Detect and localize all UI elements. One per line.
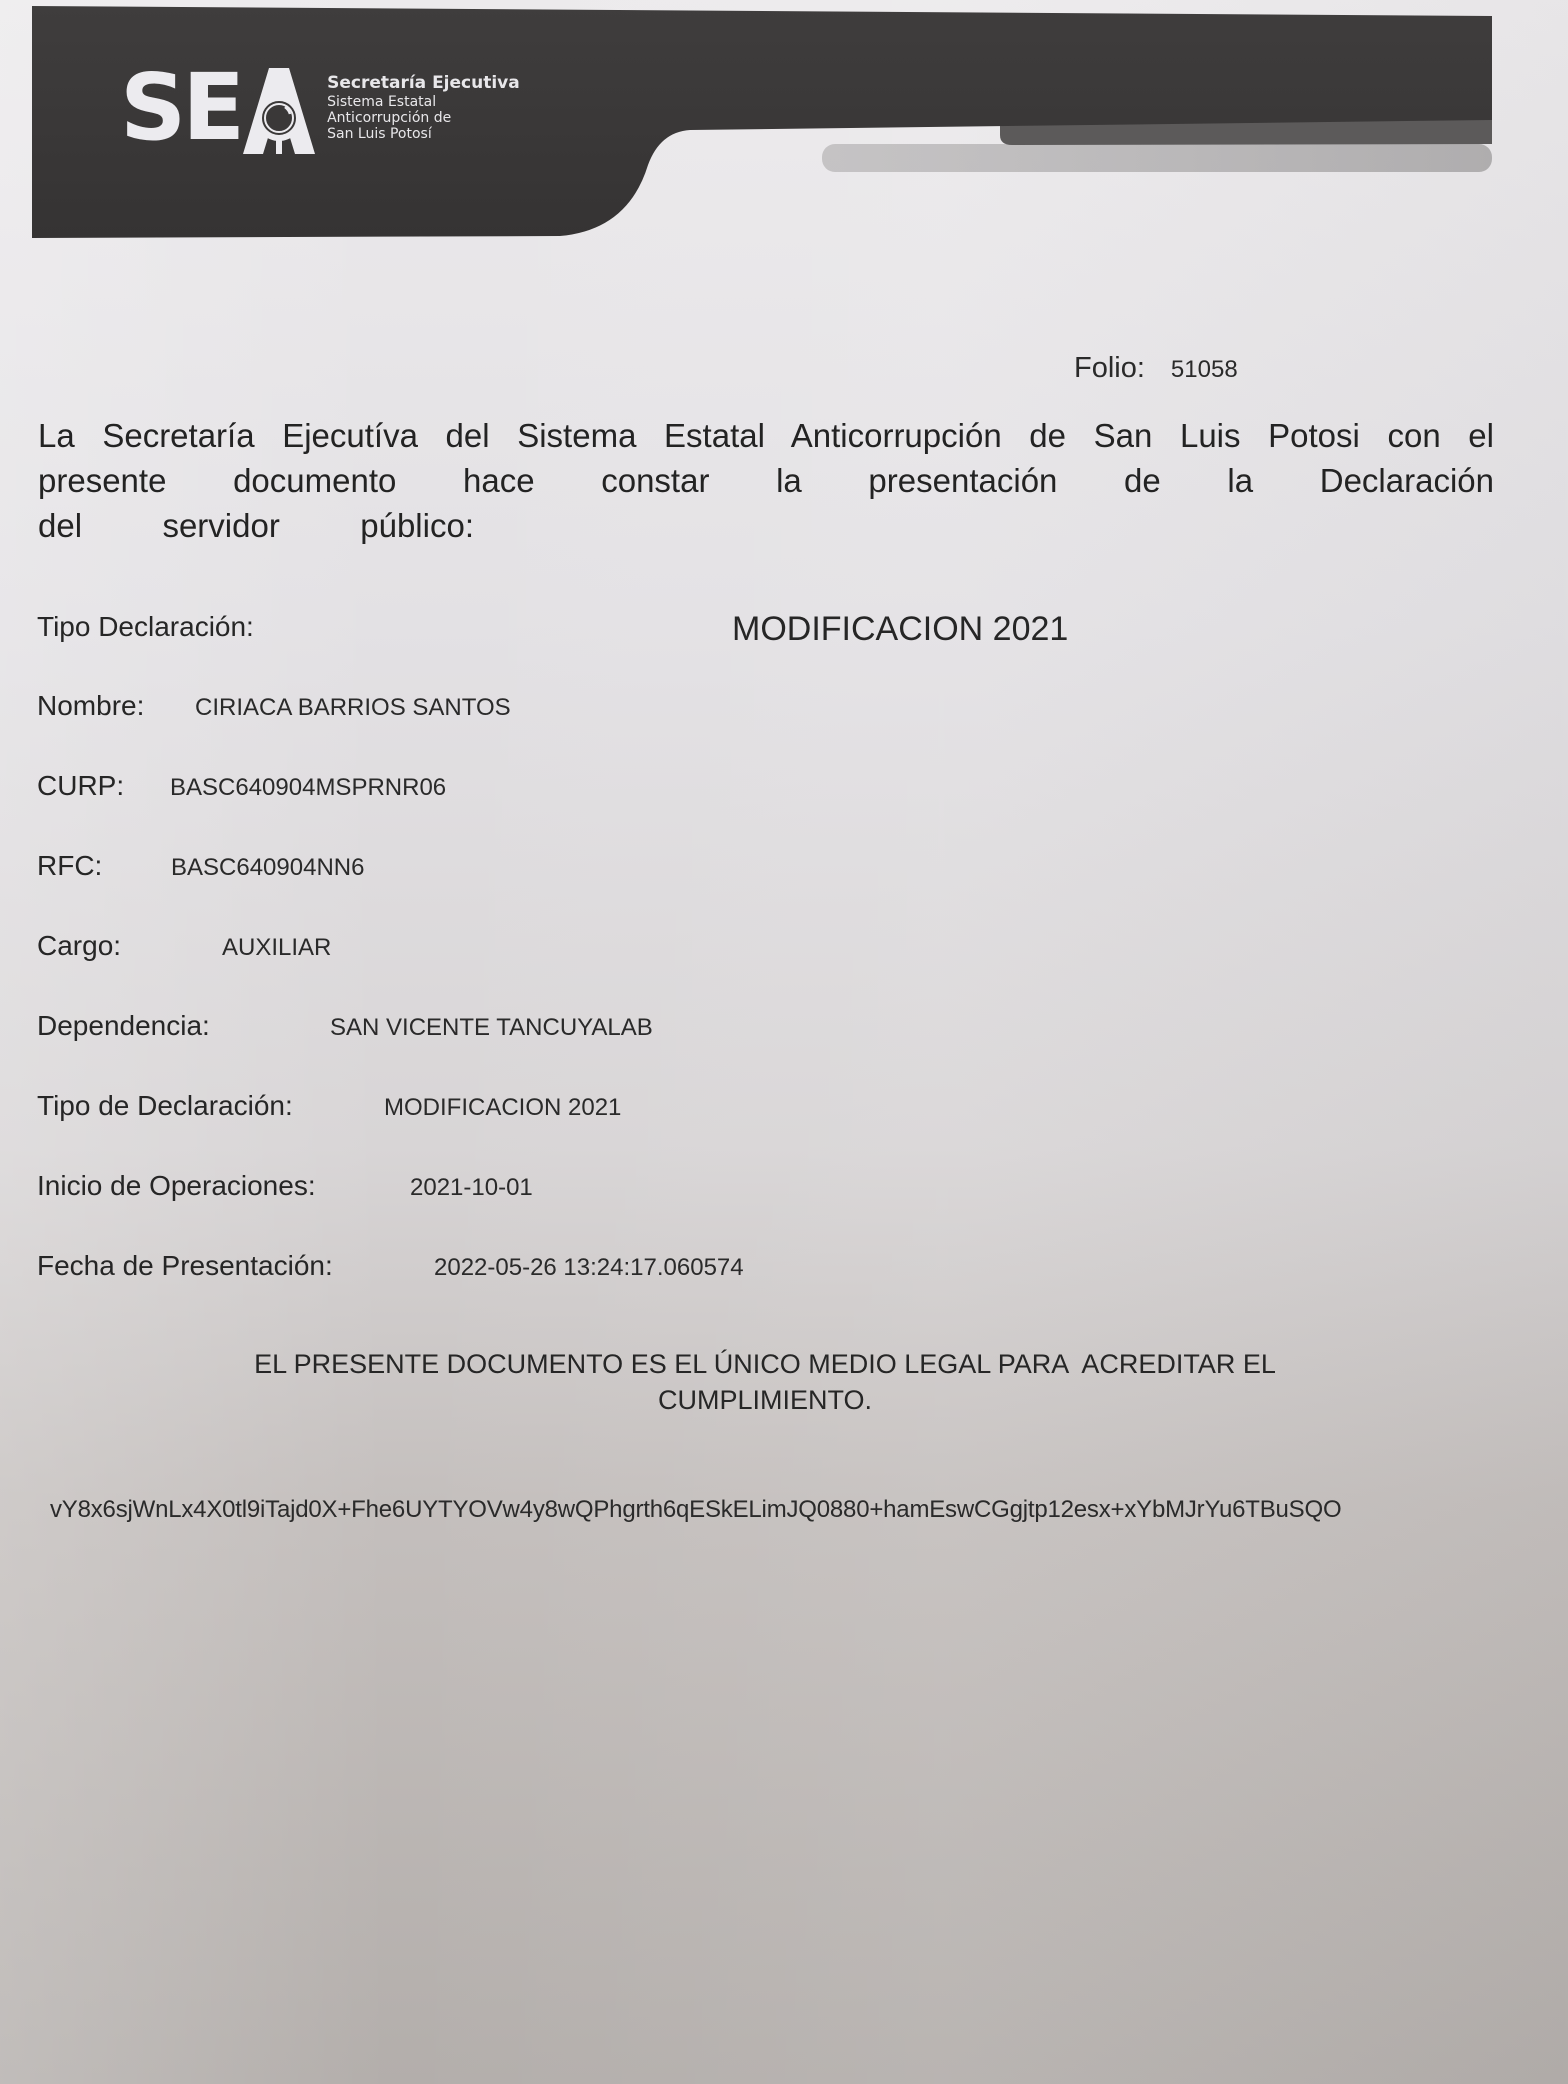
field-curp: CURP: BASC640904MSPRNR06 bbox=[37, 770, 124, 802]
intro-paragraph: La Secretaría Ejecutíva del Sistema Esta… bbox=[38, 413, 1494, 548]
field-value: MODIFICACION 2021 bbox=[384, 1094, 621, 1122]
field-dependencia: Dependencia: SAN VICENTE TANCUYALAB bbox=[37, 1010, 210, 1042]
field-cargo: Cargo: AUXILIAR bbox=[37, 930, 121, 962]
tipo-declaracion-value: MODIFICACION 2021 bbox=[732, 610, 1068, 649]
logo-text: Secretaría Ejecutiva Sistema Estatal Ant… bbox=[327, 74, 520, 142]
field-value: CIRIACA BARRIOS SANTOS bbox=[195, 694, 511, 722]
legal-notice-line-2: CUMPLIMIENTO. bbox=[150, 1382, 1380, 1418]
folio: Folio:51058 bbox=[1074, 352, 1238, 385]
field-value: BASC640904NN6 bbox=[171, 854, 364, 882]
logo-subtitle-3: San Luis Potosí bbox=[327, 126, 520, 142]
logo-title: Secretaría Ejecutiva bbox=[327, 74, 520, 94]
legal-notice: EL PRESENTE DOCUMENTO ES EL ÚNICO MEDIO … bbox=[150, 1346, 1380, 1418]
field-value: 2021-10-01 bbox=[410, 1174, 533, 1202]
field-label: Nombre: bbox=[37, 690, 144, 721]
field-label: Fecha de Presentación: bbox=[37, 1250, 333, 1281]
logo-subtitle-2: Anticorrupción de bbox=[327, 110, 520, 126]
field-rfc: RFC: BASC640904NN6 bbox=[37, 850, 102, 882]
tipo-declaracion-label: Tipo Declaración: bbox=[37, 611, 254, 643]
field-nombre: Nombre: CIRIACA BARRIOS SANTOS bbox=[37, 690, 144, 722]
field-inicio-de-operaciones: Inicio de Operaciones: 2021-10-01 bbox=[37, 1170, 316, 1202]
header-banner: SE Secretaría Ejecutiva Sistema Estatal … bbox=[0, 0, 1568, 260]
sea-logo: SE Secretaría Ejecutiva Sistema Estatal … bbox=[120, 62, 520, 154]
magnifier-a-icon bbox=[243, 62, 315, 154]
paper-background bbox=[0, 0, 1568, 2084]
field-label: Cargo: bbox=[37, 930, 121, 961]
field-tipo-de-declaracion: Tipo de Declaración: MODIFICACION 2021 bbox=[37, 1090, 293, 1122]
field-label: CURP: bbox=[37, 770, 124, 801]
legal-notice-line-1: EL PRESENTE DOCUMENTO ES EL ÚNICO MEDIO … bbox=[150, 1346, 1380, 1382]
field-label: Tipo de Declaración: bbox=[37, 1090, 293, 1121]
intro-line-3: del servidor público: bbox=[38, 503, 474, 548]
intro-line-2: presente documento hace constar la prese… bbox=[38, 458, 1494, 503]
verification-hash: vY8x6sjWnLx4X0tl9iTajd0X+Fhe6UYTYOVw4y8w… bbox=[50, 1496, 1341, 1524]
field-value: SAN VICENTE TANCUYALAB bbox=[330, 1014, 653, 1042]
field-label: Dependencia: bbox=[37, 1010, 210, 1041]
intro-line-1: La Secretaría Ejecutíva del Sistema Esta… bbox=[38, 413, 1494, 458]
field-label: RFC: bbox=[37, 850, 102, 881]
field-value: BASC640904MSPRNR06 bbox=[170, 774, 446, 802]
logo-subtitle-1: Sistema Estatal bbox=[327, 94, 520, 110]
field-value: AUXILIAR bbox=[222, 934, 331, 962]
folio-number: 51058 bbox=[1171, 356, 1238, 383]
field-label: Inicio de Operaciones: bbox=[37, 1170, 316, 1201]
logo-mark-text: SE bbox=[120, 62, 241, 154]
field-fecha-de-presentacion: Fecha de Presentación: 2022-05-26 13:24:… bbox=[37, 1250, 333, 1282]
field-value: 2022-05-26 13:24:17.060574 bbox=[434, 1254, 744, 1282]
folio-label: Folio: bbox=[1074, 352, 1145, 384]
